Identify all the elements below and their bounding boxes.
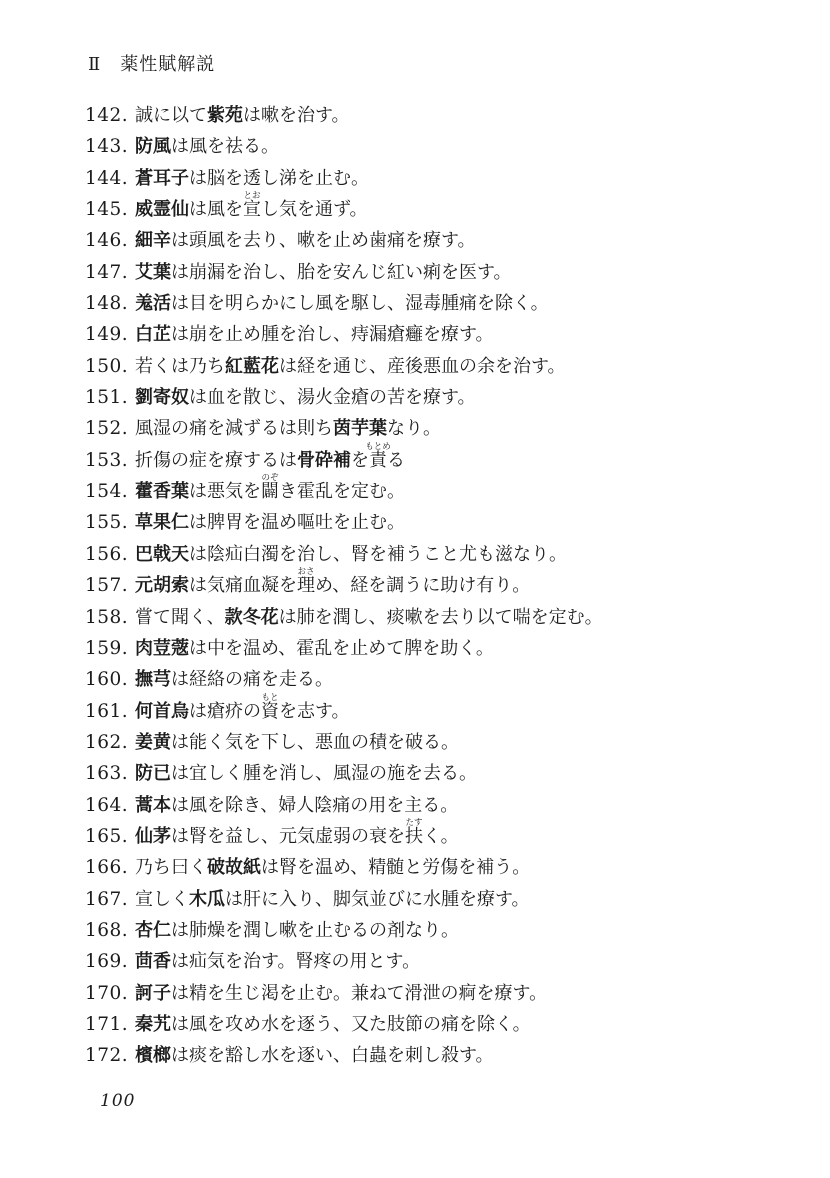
- furigana: もと: [261, 694, 278, 703]
- text-segment: は経を通じ、産後悪血の余を治す。: [279, 356, 566, 377]
- text-segment: 嘗て聞く、: [135, 607, 225, 628]
- item-text: 防已は宜しく腫を消し、風湿の施を去る。: [135, 763, 477, 784]
- item-number: 156.: [85, 539, 135, 570]
- furigana: のぞ: [261, 474, 278, 483]
- herb-name: 威霊仙: [135, 199, 189, 220]
- text-segment: は瘡疥の: [189, 701, 261, 722]
- item-text: 羗活は目を明らかにし風を駆し、湿毒腫痛を除く。: [135, 293, 549, 314]
- text-segment: 理おさ: [297, 575, 315, 596]
- text-segment: は肺燥を潤し嗽を止むるの剤なり。: [171, 920, 459, 941]
- herb-name: 肉荳蔲: [135, 638, 189, 659]
- item-number: 154.: [85, 476, 135, 507]
- text-segment: 責もとめ: [369, 450, 387, 471]
- item-number: 158.: [85, 602, 135, 633]
- text-segment: は疝気を治す。腎疼の用とす。: [171, 951, 420, 972]
- herb-name: 防已: [135, 763, 171, 784]
- item-number: 167.: [85, 884, 135, 915]
- item-text: 姜黄は能く気を下し、悪血の積を破る。: [135, 732, 459, 753]
- herb-name: 細辛: [135, 230, 171, 251]
- verse-list: 142.誠に以て紫苑は嗽を治す。 143.防風は風を祛る。 144.蒼耳子は脳を…: [85, 100, 805, 1072]
- item-text: 誠に以て紫苑は嗽を治す。: [135, 105, 350, 126]
- text-segment: は崩を止め腫を治し、痔漏瘡癰を療す。: [171, 324, 494, 345]
- page-title: Ⅱ 薬性賦解説: [88, 50, 215, 76]
- text-segment: は宜しく腫を消し、風湿の施を去る。: [171, 763, 477, 784]
- item-text: 元胡索は気痛血凝を理おさめ、経を調うに助け有り。: [135, 575, 530, 596]
- item-text: 蒼耳子は脳を透し涕を止む。: [135, 168, 369, 189]
- herb-name: 劉寄奴: [135, 387, 189, 408]
- item-text: 艾葉は崩漏を治し、胎を安んじ紅い痢を医す。: [135, 262, 512, 283]
- item-text: 折傷の症を療するは骨砕補を責もとめる: [135, 450, 405, 471]
- herb-name: 紅藍花: [225, 356, 279, 377]
- item-number: 143.: [85, 131, 135, 162]
- text-segment: き霍乱を定む。: [279, 481, 405, 502]
- item-number: 142.: [85, 100, 135, 131]
- verse-item: 159.肉荳蔲は中を温め、霍乱を止めて脾を助く。: [85, 633, 805, 664]
- verse-item: 149.白芷は崩を止め腫を治し、痔漏瘡癰を療す。: [85, 319, 805, 350]
- herb-name: 紫苑: [207, 105, 243, 126]
- item-text: 劉寄奴は血を散じ、湯火金瘡の苦を療す。: [135, 387, 476, 408]
- item-number: 157.: [85, 570, 135, 601]
- herb-name: 秦艽: [135, 1014, 171, 1035]
- item-text: 防風は風を祛る。: [135, 136, 279, 157]
- item-text: 檳榔は痰を豁し水を逐い、白蟲を刺し殺す。: [135, 1045, 494, 1066]
- herb-name: 蒿本: [135, 795, 171, 816]
- text-segment: 乃ち曰く: [135, 857, 207, 878]
- text-segment: る: [387, 450, 405, 471]
- verse-item: 172.檳榔は痰を豁し水を逐い、白蟲を刺し殺す。: [85, 1040, 805, 1071]
- item-text: 嘗て聞く、款冬花は肺を潤し、痰嗽を去り以て喘を定む。: [135, 607, 603, 628]
- herb-name: 姜黄: [135, 732, 171, 753]
- item-number: 149.: [85, 319, 135, 350]
- herb-name: 艾葉: [135, 262, 171, 283]
- item-number: 152.: [85, 413, 135, 444]
- herb-name: 款冬花: [225, 607, 279, 628]
- item-text: 秦艽は風を攻め水を逐う、又た肢節の痛を除く。: [135, 1014, 531, 1035]
- item-text: 風湿の痛を減ずるは則ち茵芋葉なり。: [135, 418, 441, 439]
- text-segment: 風湿の痛を減ずるは則ち: [135, 418, 333, 439]
- herb-name: 羗活: [135, 293, 171, 314]
- item-number: 155.: [85, 507, 135, 538]
- text-segment: は目を明らかにし風を駆し、湿毒腫痛を除く。: [171, 293, 549, 314]
- verse-item: 169.茴香は疝気を治す。腎疼の用とす。: [85, 946, 805, 977]
- text-segment: は風を: [189, 199, 243, 220]
- herb-name: 何首烏: [135, 701, 189, 722]
- text-segment: を志す。: [279, 701, 350, 722]
- item-text: 蒿本は風を除き、婦人陰痛の用を主る。: [135, 795, 458, 816]
- item-number: 146.: [85, 225, 135, 256]
- item-number: 166.: [85, 852, 135, 883]
- text-segment: は精を生じ渇を止む。兼ねて滑泄の痾を療す。: [171, 983, 547, 1004]
- herb-name: 骨砕補: [297, 450, 351, 471]
- item-text: 撫芎は経絡の痛を走る。: [135, 669, 333, 690]
- herb-name: 仙茅: [135, 826, 171, 847]
- herb-name: 茵芋葉: [333, 418, 387, 439]
- item-number: 165.: [85, 821, 135, 852]
- item-text: 乃ち曰く破故紙は腎を温め、精髄と労傷を補う。: [135, 857, 530, 878]
- item-number: 145.: [85, 194, 135, 225]
- verse-item: 158.嘗て聞く、款冬花は肺を潤し、痰嗽を去り以て喘を定む。: [85, 602, 805, 633]
- verse-item: 148.羗活は目を明らかにし風を駆し、湿毒腫痛を除く。: [85, 288, 805, 319]
- text-segment: め、経を調うに助け有り。: [315, 575, 530, 596]
- verse-item: 165.仙茅は腎を益し、元気虚弱の衰を扶たすく。: [85, 821, 805, 852]
- item-number: 159.: [85, 633, 135, 664]
- item-number: 161.: [85, 696, 135, 727]
- item-text: 杏仁は肺燥を潤し嗽を止むるの剤なり。: [135, 920, 459, 941]
- verse-item: 145.威霊仙は風を宣とおし気を通ず。: [85, 194, 805, 225]
- text-segment: は経絡の痛を走る。: [171, 669, 333, 690]
- text-segment: 闢のぞ: [261, 481, 279, 502]
- item-number: 171.: [85, 1009, 135, 1040]
- item-number: 169.: [85, 946, 135, 977]
- text-segment: は能く気を下し、悪血の積を破る。: [171, 732, 459, 753]
- item-text: 宣しく木瓜は肝に入り、脚気並びに水腫を療す。: [135, 889, 530, 910]
- item-number: 144.: [85, 163, 135, 194]
- text-segment: は肺を潤し、痰嗽を去り以て喘を定む。: [279, 607, 603, 628]
- text-segment: 宣しく: [135, 889, 189, 910]
- item-text: 白芷は崩を止め腫を治し、痔漏瘡癰を療す。: [135, 324, 494, 345]
- text-segment: は血を散じ、湯火金瘡の苦を療す。: [189, 387, 476, 408]
- herb-name: 白芷: [135, 324, 171, 345]
- herb-name: 撫芎: [135, 669, 171, 690]
- text-segment: は脳を透し涕を止む。: [189, 168, 369, 189]
- herb-name: 元胡索: [135, 575, 189, 596]
- herb-name: 草果仁: [135, 512, 189, 533]
- verse-item: 147.艾葉は崩漏を治し、胎を安んじ紅い痢を医す。: [85, 257, 805, 288]
- herb-name: 防風: [135, 136, 171, 157]
- text-segment: 誠に以て: [135, 105, 207, 126]
- text-segment: は風を除き、婦人陰痛の用を主る。: [171, 795, 458, 816]
- item-text: 草果仁は脾胃を温め嘔吐を止む。: [135, 512, 405, 533]
- text-segment: は悪気を: [189, 481, 261, 502]
- text-segment: は嗽を治す。: [243, 105, 350, 126]
- text-segment: は肝に入り、脚気並びに水腫を療す。: [225, 889, 530, 910]
- herb-name: 檳榔: [135, 1045, 171, 1066]
- verse-item: 152.風湿の痛を減ずるは則ち茵芋葉なり。: [85, 413, 805, 444]
- item-number: 160.: [85, 664, 135, 695]
- text-segment: は風を攻め水を逐う、又た肢節の痛を除く。: [171, 1014, 531, 1035]
- verse-item: 144.蒼耳子は脳を透し涕を止む。: [85, 163, 805, 194]
- item-number: 162.: [85, 727, 135, 758]
- text-segment: は崩漏を治し、胎を安んじ紅い痢を医す。: [171, 262, 512, 283]
- furigana: とお: [243, 192, 260, 201]
- verse-item: 150.若くは乃ち紅藍花は経を通じ、産後悪血の余を治す。: [85, 351, 805, 382]
- text-segment: なり。: [387, 418, 441, 439]
- item-text: 何首烏は瘡疥の資もとを志す。: [135, 701, 350, 722]
- item-number: 172.: [85, 1040, 135, 1071]
- text-segment: 宣とお: [243, 199, 261, 220]
- item-text: 威霊仙は風を宣とおし気を通ず。: [135, 199, 368, 220]
- text-segment: は腎を益し、元気虚弱の衰を: [171, 826, 405, 847]
- item-number: 153.: [85, 445, 135, 476]
- verse-item: 142.誠に以て紫苑は嗽を治す。: [85, 100, 805, 131]
- text-segment: し気を通ず。: [261, 199, 368, 220]
- herb-name: 訶子: [135, 983, 171, 1004]
- verse-item: 151.劉寄奴は血を散じ、湯火金瘡の苦を療す。: [85, 382, 805, 413]
- item-number: 168.: [85, 915, 135, 946]
- text-segment: 若くは乃ち: [135, 356, 225, 377]
- herb-name: 破故紙: [207, 857, 261, 878]
- herb-name: 巴戟天: [135, 544, 189, 565]
- item-text: 巴戟天は陰疝白濁を治し、腎を補うこと尤も滋なり。: [135, 544, 567, 565]
- item-number: 164.: [85, 790, 135, 821]
- text-segment: く。: [423, 826, 459, 847]
- item-text: 茴香は疝気を治す。腎疼の用とす。: [135, 951, 420, 972]
- item-number: 150.: [85, 351, 135, 382]
- text-segment: を: [351, 450, 369, 471]
- verse-item: 166.乃ち曰く破故紙は腎を温め、精髄と労傷を補う。: [85, 852, 805, 883]
- text-segment: 折傷の症を療するは: [135, 450, 297, 471]
- text-segment: は中を温め、霍乱を止めて脾を助く。: [189, 638, 494, 659]
- item-number: 170.: [85, 978, 135, 1009]
- item-text: 細辛は頭風を去り、嗽を止め歯痛を療す。: [135, 230, 476, 251]
- item-text: 若くは乃ち紅藍花は経を通じ、産後悪血の余を治す。: [135, 356, 566, 377]
- herb-name: 藿香葉: [135, 481, 189, 502]
- verse-item: 146.細辛は頭風を去り、嗽を止め歯痛を療す。: [85, 225, 805, 256]
- herb-name: 木瓜: [189, 889, 225, 910]
- item-number: 148.: [85, 288, 135, 319]
- verse-item: 154.藿香葉は悪気を闢のぞき霍乱を定む。: [85, 476, 805, 507]
- item-number: 151.: [85, 382, 135, 413]
- verse-item: 160.撫芎は経絡の痛を走る。: [85, 664, 805, 695]
- verse-item: 156.巴戟天は陰疝白濁を治し、腎を補うこと尤も滋なり。: [85, 539, 805, 570]
- text-segment: 扶たす: [405, 826, 423, 847]
- item-number: 163.: [85, 758, 135, 789]
- text-segment: は脾胃を温め嘔吐を止む。: [189, 512, 405, 533]
- verse-item: 155.草果仁は脾胃を温め嘔吐を止む。: [85, 507, 805, 538]
- herb-name: 杏仁: [135, 920, 171, 941]
- furigana: もとめ: [365, 443, 391, 452]
- item-text: 訶子は精を生じ渇を止む。兼ねて滑泄の痾を療す。: [135, 983, 547, 1004]
- verse-item: 157.元胡索は気痛血凝を理おさめ、経を調うに助け有り。: [85, 570, 805, 601]
- verse-item: 162.姜黄は能く気を下し、悪血の積を破る。: [85, 727, 805, 758]
- furigana: おさ: [297, 568, 314, 577]
- text-segment: は腎を温め、精髄と労傷を補う。: [261, 857, 530, 878]
- item-text: 藿香葉は悪気を闢のぞき霍乱を定む。: [135, 481, 405, 502]
- verse-item: 143.防風は風を祛る。: [85, 131, 805, 162]
- verse-item: 171.秦艽は風を攻め水を逐う、又た肢節の痛を除く。: [85, 1009, 805, 1040]
- verse-item: 161.何首烏は瘡疥の資もとを志す。: [85, 696, 805, 727]
- text-segment: は頭風を去り、嗽を止め歯痛を療す。: [171, 230, 476, 251]
- herb-name: 蒼耳子: [135, 168, 189, 189]
- verse-item: 170.訶子は精を生じ渇を止む。兼ねて滑泄の痾を療す。: [85, 978, 805, 1009]
- text-segment: は痰を豁し水を逐い、白蟲を刺し殺す。: [171, 1045, 494, 1066]
- text-segment: は風を祛る。: [171, 136, 279, 157]
- verse-item: 167.宣しく木瓜は肝に入り、脚気並びに水腫を療す。: [85, 884, 805, 915]
- verse-item: 168.杏仁は肺燥を潤し嗽を止むるの剤なり。: [85, 915, 805, 946]
- text-segment: 資もと: [261, 701, 279, 722]
- verse-item: 164.蒿本は風を除き、婦人陰痛の用を主る。: [85, 790, 805, 821]
- page-number: 100: [100, 1091, 135, 1111]
- verse-item: 153.折傷の症を療するは骨砕補を責もとめる: [85, 445, 805, 476]
- herb-name: 茴香: [135, 951, 171, 972]
- text-segment: は陰疝白濁を治し、腎を補うこと尤も滋なり。: [189, 544, 567, 565]
- item-text: 肉荳蔲は中を温め、霍乱を止めて脾を助く。: [135, 638, 494, 659]
- item-text: 仙茅は腎を益し、元気虚弱の衰を扶たすく。: [135, 826, 459, 847]
- furigana: たす: [405, 819, 422, 828]
- verse-item: 163.防已は宜しく腫を消し、風湿の施を去る。: [85, 758, 805, 789]
- item-number: 147.: [85, 257, 135, 288]
- text-segment: は気痛血凝を: [189, 575, 297, 596]
